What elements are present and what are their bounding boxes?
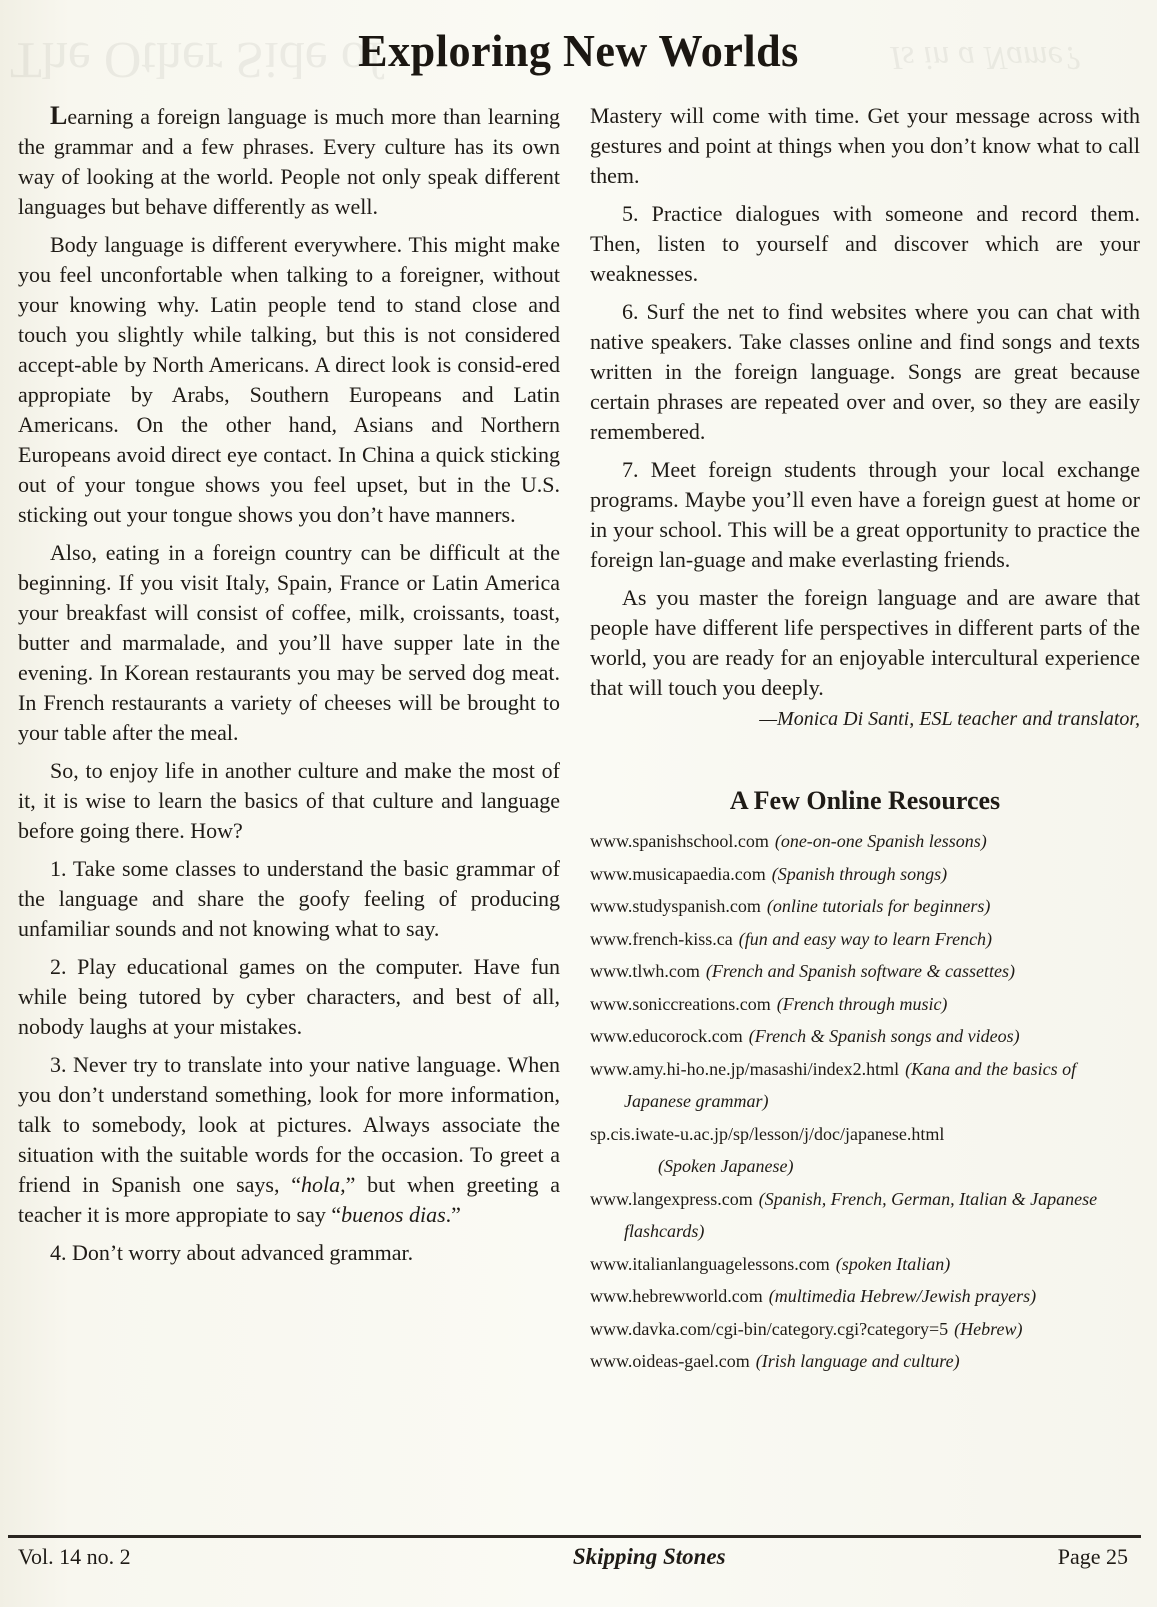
resource-description: (Irish language and culture) bbox=[756, 1351, 960, 1371]
body-language-paragraph: Body language is different everywhere. T… bbox=[18, 230, 560, 530]
resource-item: www.davka.com/cgi-bin/category.cgi?categ… bbox=[590, 1313, 1140, 1346]
paragraph-text: .” bbox=[446, 1202, 461, 1227]
resource-url[interactable]: sp.cis.iwate-u.ac.jp/sp/lesson/j/doc/jap… bbox=[590, 1124, 944, 1144]
resource-item: www.langexpress.com(Spanish, French, Ger… bbox=[590, 1183, 1140, 1248]
resource-item: www.musicapaedia.com(Spanish through son… bbox=[590, 858, 1140, 891]
resource-description: (Spanish through songs) bbox=[772, 864, 947, 884]
resource-url[interactable]: www.langexpress.com bbox=[590, 1189, 753, 1209]
tip-2-paragraph: 2. Play educational games on the compute… bbox=[18, 952, 560, 1042]
tip-5-paragraph: 5. Practice dialogues with someone and r… bbox=[590, 199, 1140, 289]
tip-4-paragraph: 4. Don’t worry about advanced grammar. bbox=[18, 1238, 560, 1268]
author-attribution: —Monica Di Santi, ESL teacher and transl… bbox=[590, 705, 1140, 733]
footer-divider bbox=[8, 1535, 1141, 1538]
resource-item: www.oideas-gael.com(Irish language and c… bbox=[590, 1345, 1140, 1378]
right-column: Mastery will come with time. Get your me… bbox=[590, 101, 1140, 1378]
page-footer: Vol. 14 no. 2 Skipping Stones Page 25 bbox=[18, 1544, 1128, 1570]
resource-description: (online tutorials for beginners) bbox=[767, 896, 991, 916]
resource-item: www.tlwh.com(French and Spanish software… bbox=[590, 955, 1140, 988]
resource-item: www.studyspanish.com(online tutorials fo… bbox=[590, 890, 1140, 923]
resource-description: (French through music) bbox=[777, 994, 948, 1014]
article-title: Exploring New Worlds bbox=[23, 24, 1134, 77]
resource-description: (Spoken Japanese) bbox=[658, 1156, 793, 1176]
resource-url[interactable]: www.davka.com/cgi-bin/category.cgi?categ… bbox=[590, 1319, 948, 1339]
resource-url[interactable]: www.amy.hi-ho.ne.jp/masashi/index2.html bbox=[590, 1059, 899, 1079]
tip-3-paragraph: 3. Never try to translate into your nati… bbox=[18, 1050, 560, 1230]
resource-description: (multimedia Hebrew/Jewish prayers) bbox=[769, 1286, 1036, 1306]
resources-heading: A Few Online Resources bbox=[590, 785, 1140, 817]
magazine-page: The Other Side of Is in a Name? Explorin… bbox=[0, 0, 1157, 1607]
resource-url[interactable]: www.tlwh.com bbox=[590, 961, 700, 981]
resource-url[interactable]: www.italianlanguagelessons.com bbox=[590, 1254, 830, 1274]
intro-paragraph: Learning a foreign language is much more… bbox=[18, 101, 560, 222]
conclusion-paragraph: As you master the foreign language and a… bbox=[590, 583, 1140, 703]
resource-item: www.soniccreations.com(French through mu… bbox=[590, 988, 1140, 1021]
drop-cap: L bbox=[50, 101, 67, 130]
resource-url[interactable]: www.educorock.com bbox=[590, 1026, 743, 1046]
resource-description: (French & Spanish songs and videos) bbox=[749, 1026, 1020, 1046]
paragraph-text: earning a foreign language is much more … bbox=[18, 104, 560, 219]
resource-url[interactable]: www.oideas-gael.com bbox=[590, 1351, 750, 1371]
resource-description: (Hebrew) bbox=[954, 1319, 1022, 1339]
resources-list: www.spanishschool.com(one-on-one Spanish… bbox=[590, 825, 1140, 1378]
tip-4-continuation: Mastery will come with time. Get your me… bbox=[590, 101, 1140, 191]
resource-item: sp.cis.iwate-u.ac.jp/sp/lesson/j/doc/jap… bbox=[590, 1118, 1140, 1183]
resource-description: (spoken Italian) bbox=[836, 1254, 950, 1274]
resource-description: (one-on-one Spanish lessons) bbox=[775, 831, 987, 851]
resource-url[interactable]: www.soniccreations.com bbox=[590, 994, 771, 1014]
eating-paragraph: Also, eating in a foreign country can be… bbox=[18, 538, 560, 748]
how-paragraph: So, to enjoy life in another culture and… bbox=[18, 756, 560, 846]
page-number: Page 25 bbox=[1058, 1544, 1128, 1570]
journal-name: Skipping Stones bbox=[573, 1544, 726, 1570]
resource-item: www.spanishschool.com(one-on-one Spanish… bbox=[590, 825, 1140, 858]
resource-item: www.amy.hi-ho.ne.jp/masashi/index2.html(… bbox=[590, 1053, 1140, 1118]
resource-item: www.italianlanguagelessons.com(spoken It… bbox=[590, 1248, 1140, 1281]
resource-url[interactable]: www.spanishschool.com bbox=[590, 831, 769, 851]
resource-item: www.french-kiss.ca(fun and easy way to l… bbox=[590, 923, 1140, 956]
resource-url[interactable]: www.musicapaedia.com bbox=[590, 864, 766, 884]
resource-description: (fun and easy way to learn French) bbox=[739, 929, 992, 949]
tip-1-paragraph: 1. Take some classes to understand the b… bbox=[18, 854, 560, 944]
volume-info: Vol. 14 no. 2 bbox=[18, 1544, 131, 1570]
resource-description: (French and Spanish software & cassettes… bbox=[706, 961, 1015, 981]
tip-6-paragraph: 6. Surf the net to find websites where y… bbox=[590, 297, 1140, 447]
spanish-word-hola: hola, bbox=[301, 1172, 346, 1197]
resource-url[interactable]: www.hebrewworld.com bbox=[590, 1286, 763, 1306]
resource-item: www.hebrewworld.com(multimedia Hebrew/Je… bbox=[590, 1280, 1140, 1313]
resource-item: www.educorock.com(French & Spanish songs… bbox=[590, 1020, 1140, 1053]
resource-url[interactable]: www.french-kiss.ca bbox=[590, 929, 733, 949]
left-column: Learning a foreign language is much more… bbox=[18, 101, 560, 1276]
resource-url[interactable]: www.studyspanish.com bbox=[590, 896, 761, 916]
tip-7-paragraph: 7. Meet foreign students through your lo… bbox=[590, 455, 1140, 575]
spanish-phrase-buenos-dias: buenos dias bbox=[341, 1202, 446, 1227]
